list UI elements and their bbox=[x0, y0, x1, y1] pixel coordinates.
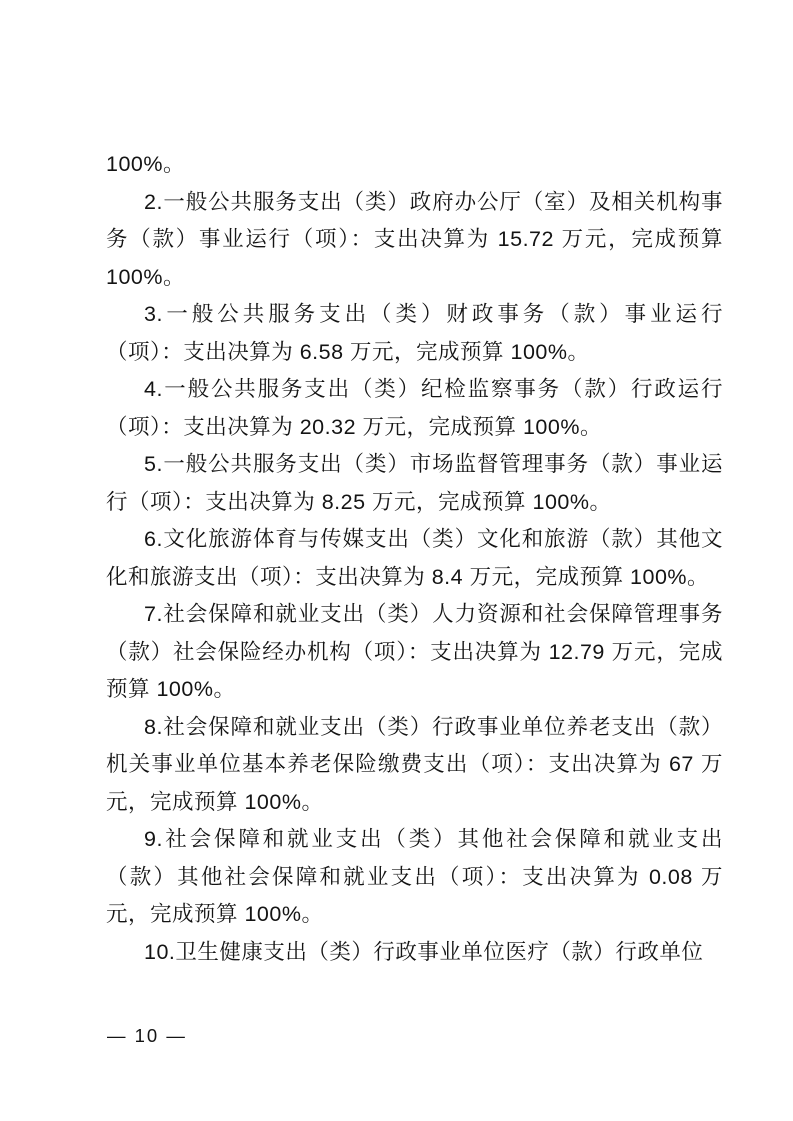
document-page: 100%。 2.一般公共服务支出（类）政府办公厅（室）及相关机构事务（款）事业运… bbox=[0, 0, 793, 1121]
paragraph-continuation: 100%。 bbox=[106, 146, 723, 184]
budget-item-4-paragraph: 4.一般公共服务支出（类）纪检监察事务（款）行政运行（项）：支出决算为 20.3… bbox=[106, 371, 723, 446]
budget-item-3-paragraph: 3.一般公共服务支出（类）财政事务（款）事业运行（项）：支出决算为 6.58 万… bbox=[106, 296, 723, 371]
budget-item-9-paragraph: 9.社会保障和就业支出（类）其他社会保障和就业支出（款）其他社会保障和就业支出（… bbox=[106, 821, 723, 934]
budget-item-5-paragraph: 5.一般公共服务支出（类）市场监督管理事务（款）事业运行（项）：支出决算为 8.… bbox=[106, 446, 723, 521]
budget-item-2-paragraph: 2.一般公共服务支出（类）政府办公厅（室）及相关机构事务（款）事业运行（项）：支… bbox=[106, 184, 723, 297]
budget-item-7-paragraph: 7.社会保障和就业支出（类）人力资源和社会保障管理事务（款）社会保险经办机构（项… bbox=[106, 596, 723, 709]
budget-item-6-paragraph: 6.文化旅游体育与传媒支出（类）文化和旅游（款）其他文化和旅游支出（项）：支出决… bbox=[106, 521, 723, 596]
page-number: — 10 — bbox=[107, 1024, 187, 1048]
document-body: 100%。 2.一般公共服务支出（类）政府办公厅（室）及相关机构事务（款）事业运… bbox=[106, 146, 723, 971]
budget-item-10-paragraph: 10.卫生健康支出（类）行政事业单位医疗（款）行政单位 bbox=[106, 934, 723, 972]
budget-item-8-paragraph: 8.社会保障和就业支出（类）行政事业单位养老支出（款）机关事业单位基本养老保险缴… bbox=[106, 709, 723, 822]
